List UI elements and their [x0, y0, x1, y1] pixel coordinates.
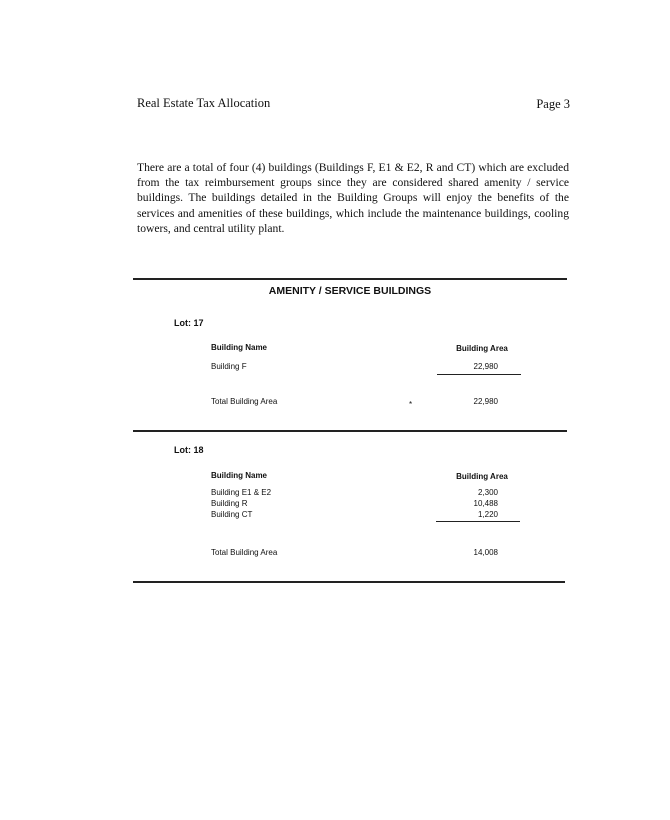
subtotal-underline [437, 374, 521, 375]
column-header-building-area: Building Area [452, 344, 512, 353]
total-value: 14,008 [440, 548, 498, 557]
total-label: Total Building Area [211, 548, 277, 557]
building-area: 22,980 [440, 362, 498, 371]
column-header-building-area: Building Area [452, 472, 512, 481]
section-top-rule [133, 278, 567, 280]
column-header-building-name: Building Name [211, 471, 267, 480]
building-name: Building CT [211, 510, 252, 519]
section-divider-rule [133, 430, 567, 432]
building-area: 1,220 [440, 510, 498, 519]
section-title: AMENITY / SERVICE BUILDINGS [133, 285, 567, 297]
building-name: Building R [211, 499, 247, 508]
page-header-title: Real Estate Tax Allocation [137, 96, 270, 111]
total-marker: * [409, 400, 412, 409]
total-value: 22,980 [440, 397, 498, 406]
intro-paragraph: There are a total of four (4) buildings … [137, 160, 569, 236]
section-bottom-rule [133, 581, 565, 583]
page-number: Page 3 [536, 97, 570, 112]
column-header-building-name: Building Name [211, 343, 267, 352]
building-name: Building F [211, 362, 247, 371]
subtotal-underline [436, 521, 520, 522]
lot-label: Lot: 18 [174, 445, 204, 455]
building-area: 10,488 [440, 499, 498, 508]
building-name: Building E1 & E2 [211, 488, 271, 497]
total-label: Total Building Area [211, 397, 277, 406]
lot-label: Lot: 17 [174, 318, 204, 328]
building-area: 2,300 [440, 488, 498, 497]
